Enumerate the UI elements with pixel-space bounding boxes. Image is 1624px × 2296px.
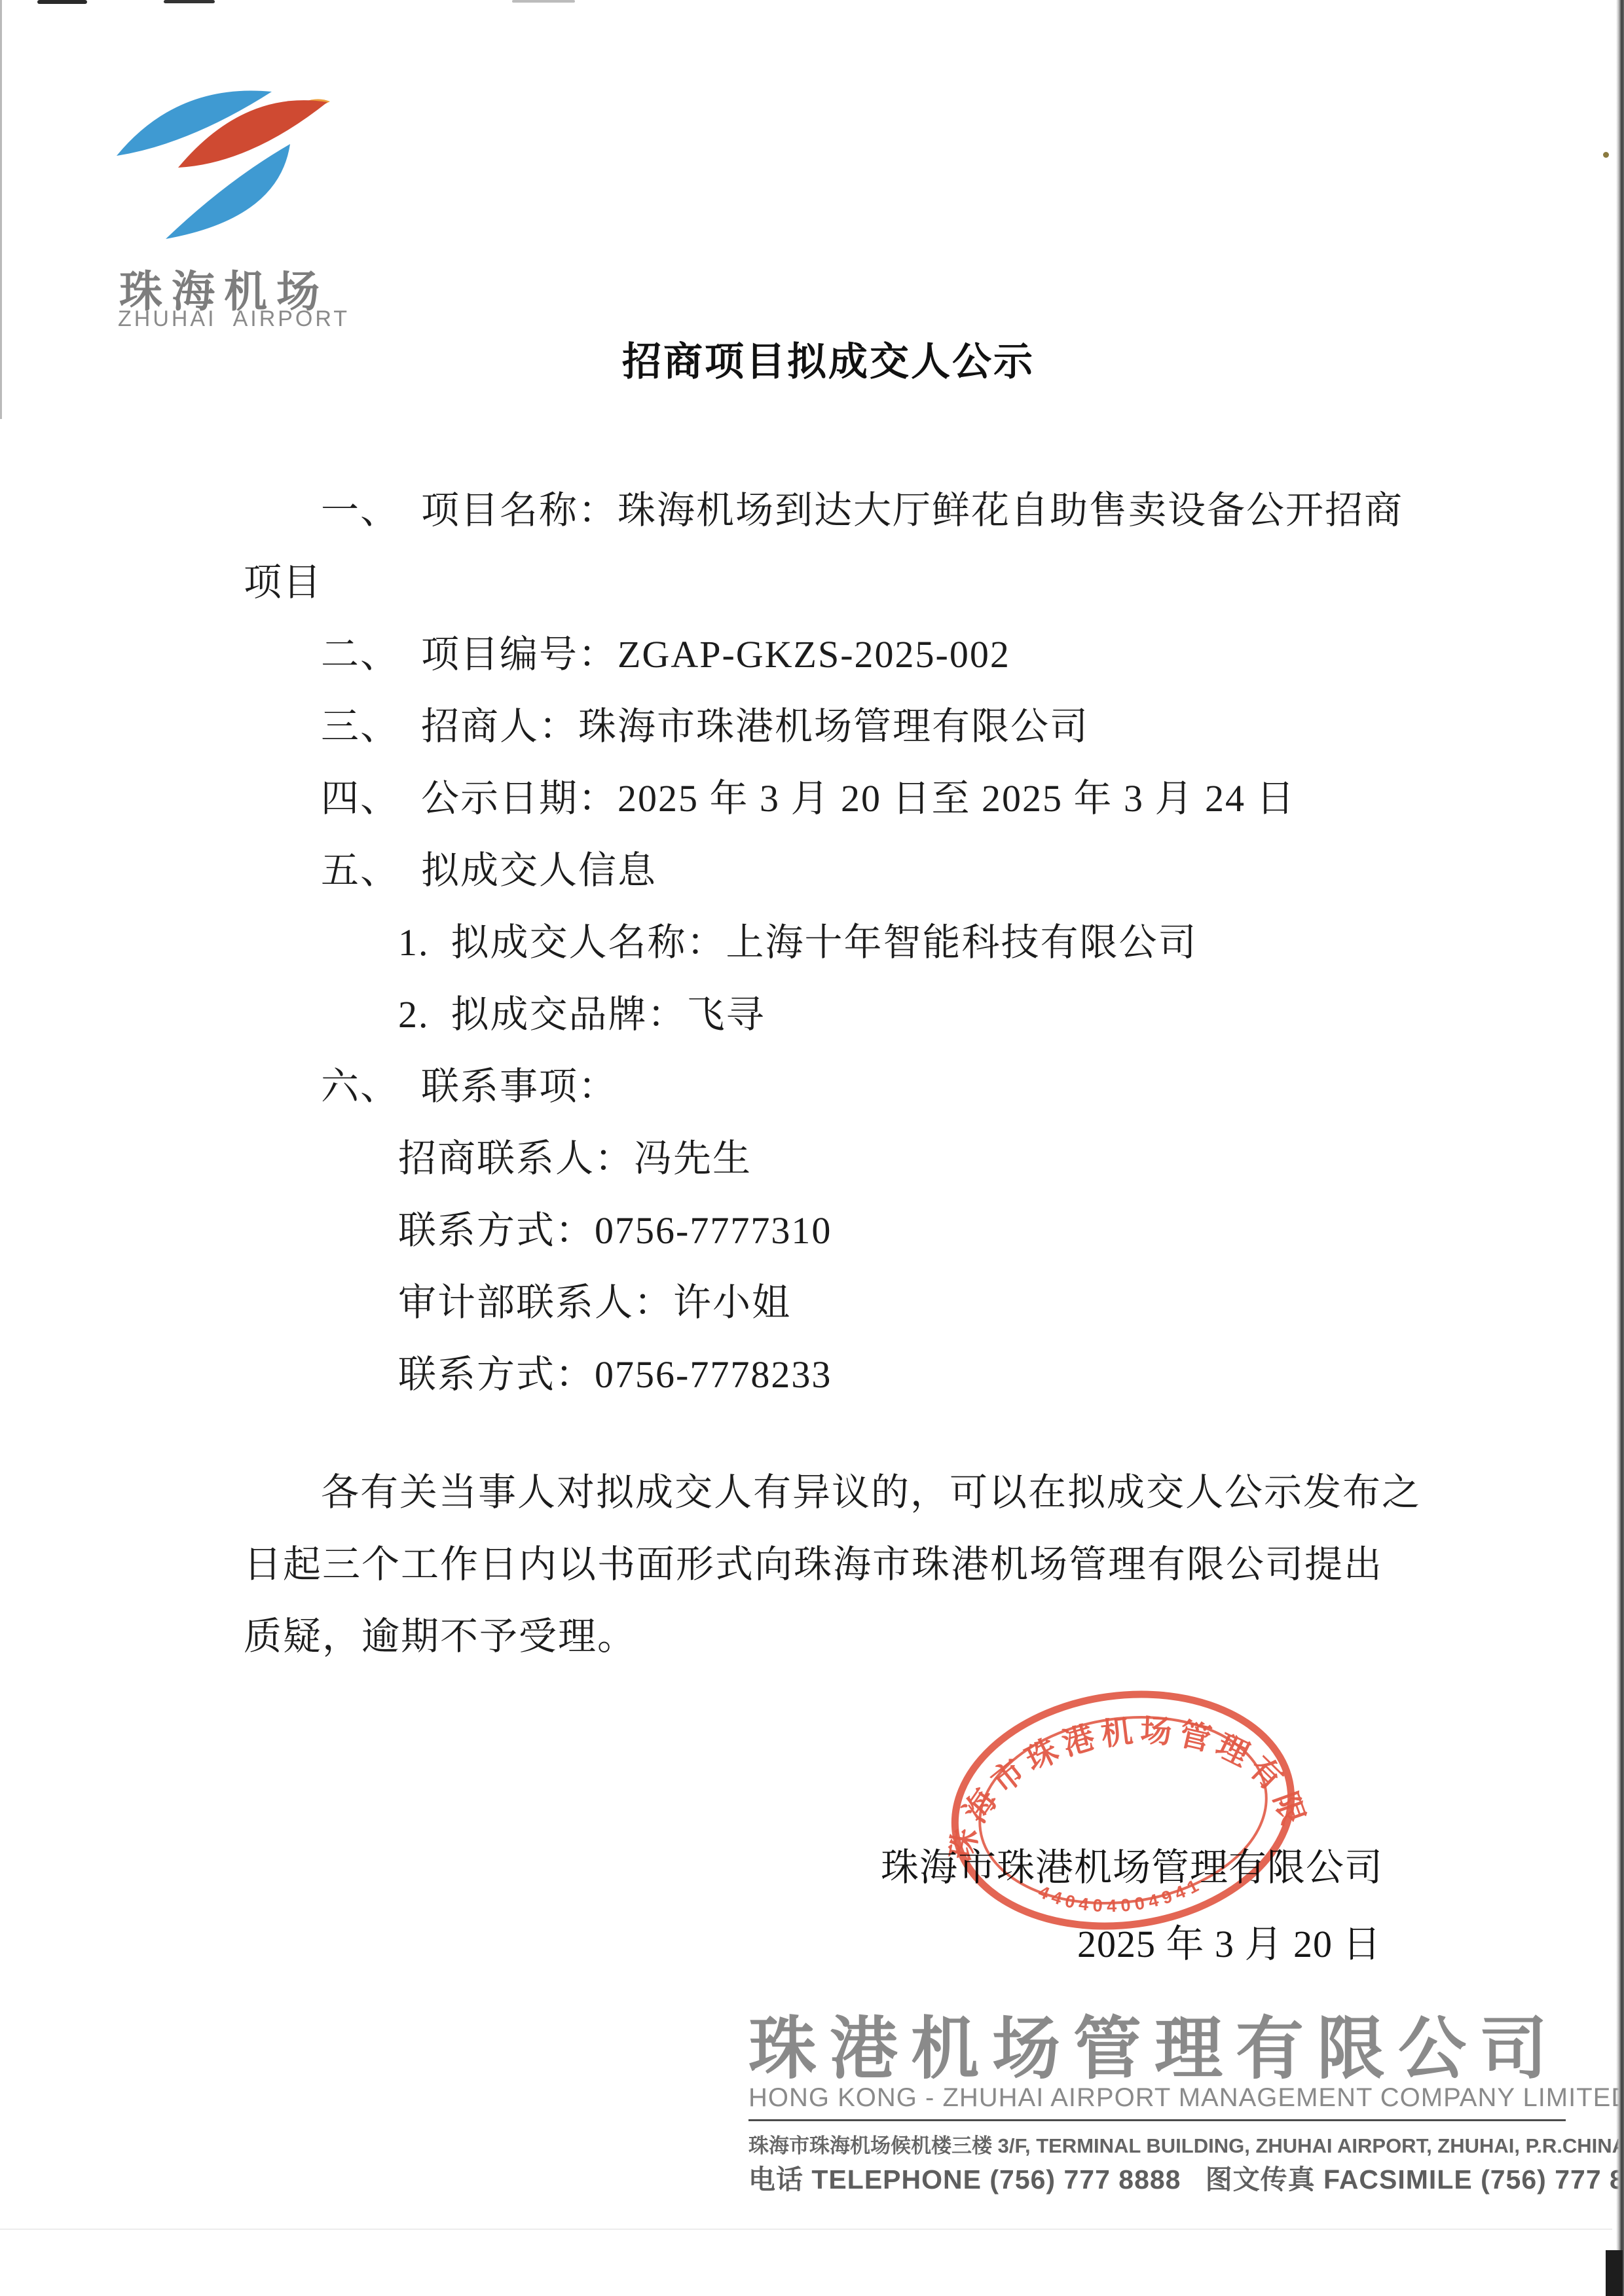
seal-company-arc-text: 珠海市珠港机场管理有限公司 [933, 1673, 1312, 1879]
scan-speck-right [1603, 152, 1609, 158]
scan-faint-line [0, 2229, 1612, 2230]
body-line-contact-phone-2: 联系方式：0756-7778233 [244, 1339, 1396, 1411]
scan-mark-top-3 [512, 0, 575, 3]
paragraph-line-1: 各有关当事人对拟成交人有异议的，可以在拟成交人公示发布之 [244, 1457, 1396, 1529]
logo-swoosh-blue-bottom [166, 144, 290, 239]
objection-paragraph: 各有关当事人对拟成交人有异议的，可以在拟成交人公示发布之 日起三个工作日内以书面… [244, 1457, 1396, 1673]
scan-edge-right [1616, 0, 1624, 2296]
footer-address: 珠海市珠海机场候机楼三楼 3/F, TERMINAL BUILDING, ZHU… [748, 2129, 1624, 2159]
scan-mark-top-2 [164, 0, 215, 3]
body-line-publicity-date: 四、 公示日期：2025 年 3 月 20 日至 2025 年 3 月 24 日 [244, 763, 1396, 835]
body-line-contact-matters: 六、 联系事项： [244, 1051, 1396, 1123]
official-seal: 珠海市珠港机场管理有限公司 440404004941 [933, 1673, 1313, 1967]
body-line-project-name-cont: 项目 [244, 547, 1396, 619]
body-line-contact-phone-1: 联系方式：0756-7777310 [244, 1195, 1396, 1267]
document-page: 珠海机场 ZHUHAI AIRPORT 招商项目拟成交人公示 一、 项目名称：珠… [0, 0, 1624, 2296]
body-line-audit-contact: 审计部联系人：许小姐 [244, 1267, 1396, 1339]
scan-mark-top-1 [37, 0, 87, 4]
body-line-inviter: 三、 招商人：珠海市珠港机场管理有限公司 [244, 691, 1396, 763]
body-text: 一、 项目名称：珠海机场到达大厅鲜花自助售卖设备公开招商 项目 二、 项目编号：… [244, 475, 1396, 1673]
body-line-winner-info: 五、 拟成交人信息 [244, 835, 1396, 907]
body-line-winner-brand: 2. 拟成交品牌：飞寻 [244, 979, 1396, 1051]
body-line-project-number: 二、 项目编号：ZGAP-GKZS-2025-002 [244, 619, 1396, 691]
footer-divider [748, 2119, 1566, 2121]
footer-company-en: HONG KONG - ZHUHAI AIRPORT MANAGEMENT CO… [748, 2083, 1624, 2113]
scan-edge-left [0, 0, 2, 419]
official-seal-icon: 珠海市珠港机场管理有限公司 440404004941 [933, 1673, 1313, 1967]
body-line-contact-person: 招商联系人：冯先生 [244, 1123, 1396, 1195]
seal-arc-text-group: 珠海市珠港机场管理有限公司 [933, 1673, 1312, 1879]
footer-company-cn: 珠港机场管理有限公司 [748, 1994, 1560, 2092]
logo-en-text: ZHUHAI AIRPORT [118, 306, 350, 332]
page-title: 招商项目拟成交人公示 [0, 331, 1624, 387]
scan-notch-bottom-right [1606, 2250, 1623, 2296]
body-line-project-name: 一、 项目名称：珠海机场到达大厅鲜花自助售卖设备公开招商 [244, 475, 1396, 547]
footer-phone-fax: 电话 TELEPHONE (756) 777 8888 图文传真 FACSIMI… [748, 2158, 1624, 2196]
body-line-winner-name: 1. 拟成交人名称：上海十年智能科技有限公司 [244, 907, 1396, 979]
paragraph-line-3: 质疑，逾期不予受理。 [244, 1601, 1396, 1673]
paragraph-line-2: 日起三个工作日内以书面形式向珠海市珠港机场管理有限公司提出 [244, 1529, 1396, 1601]
